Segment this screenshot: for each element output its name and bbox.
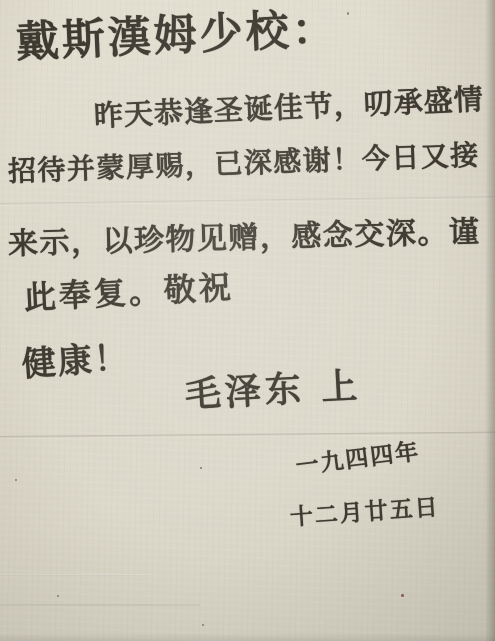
body-line-1: 昨天恭逢圣诞佳节，叨承盛情 (93, 85, 484, 131)
fold-crease-small-1 (0, 574, 150, 576)
salutation-line: 戴斯漢姆少校： (15, 8, 339, 65)
body-line-2: 招待并蒙厚赐，已深感谢！今日又接 (8, 142, 481, 186)
fold-crease-upper (0, 196, 495, 206)
body-line-5: 健康！ (21, 341, 131, 382)
paper-right-edge-shadow (485, 0, 495, 641)
paper-bottom-edge-shadow (0, 633, 495, 641)
paper-speck (347, 12, 349, 15)
letter-photo: 戴斯漢姆少校： 昨天恭逢圣诞佳节，叨承盛情 招待并蒙厚赐，已深感谢！今日又接 来… (0, 0, 495, 641)
signature-line: 毛泽东 上 (184, 369, 362, 414)
paper-speck (15, 479, 17, 481)
body-line-4: 此奉复。敬祝 (23, 271, 234, 314)
date-day-line: 十二月廿五日 (289, 497, 440, 530)
fold-crease-lower (0, 432, 495, 439)
fold-crease-small-2 (0, 604, 200, 606)
paper-speck (401, 594, 404, 597)
paper-speck (200, 467, 202, 469)
body-line-3: 来示，以珍物见赠，感念交深。谨 (8, 218, 481, 260)
paper-speck (57, 595, 59, 597)
paper-speck (202, 624, 204, 626)
date-year-line: 一九四四年 (295, 441, 422, 479)
